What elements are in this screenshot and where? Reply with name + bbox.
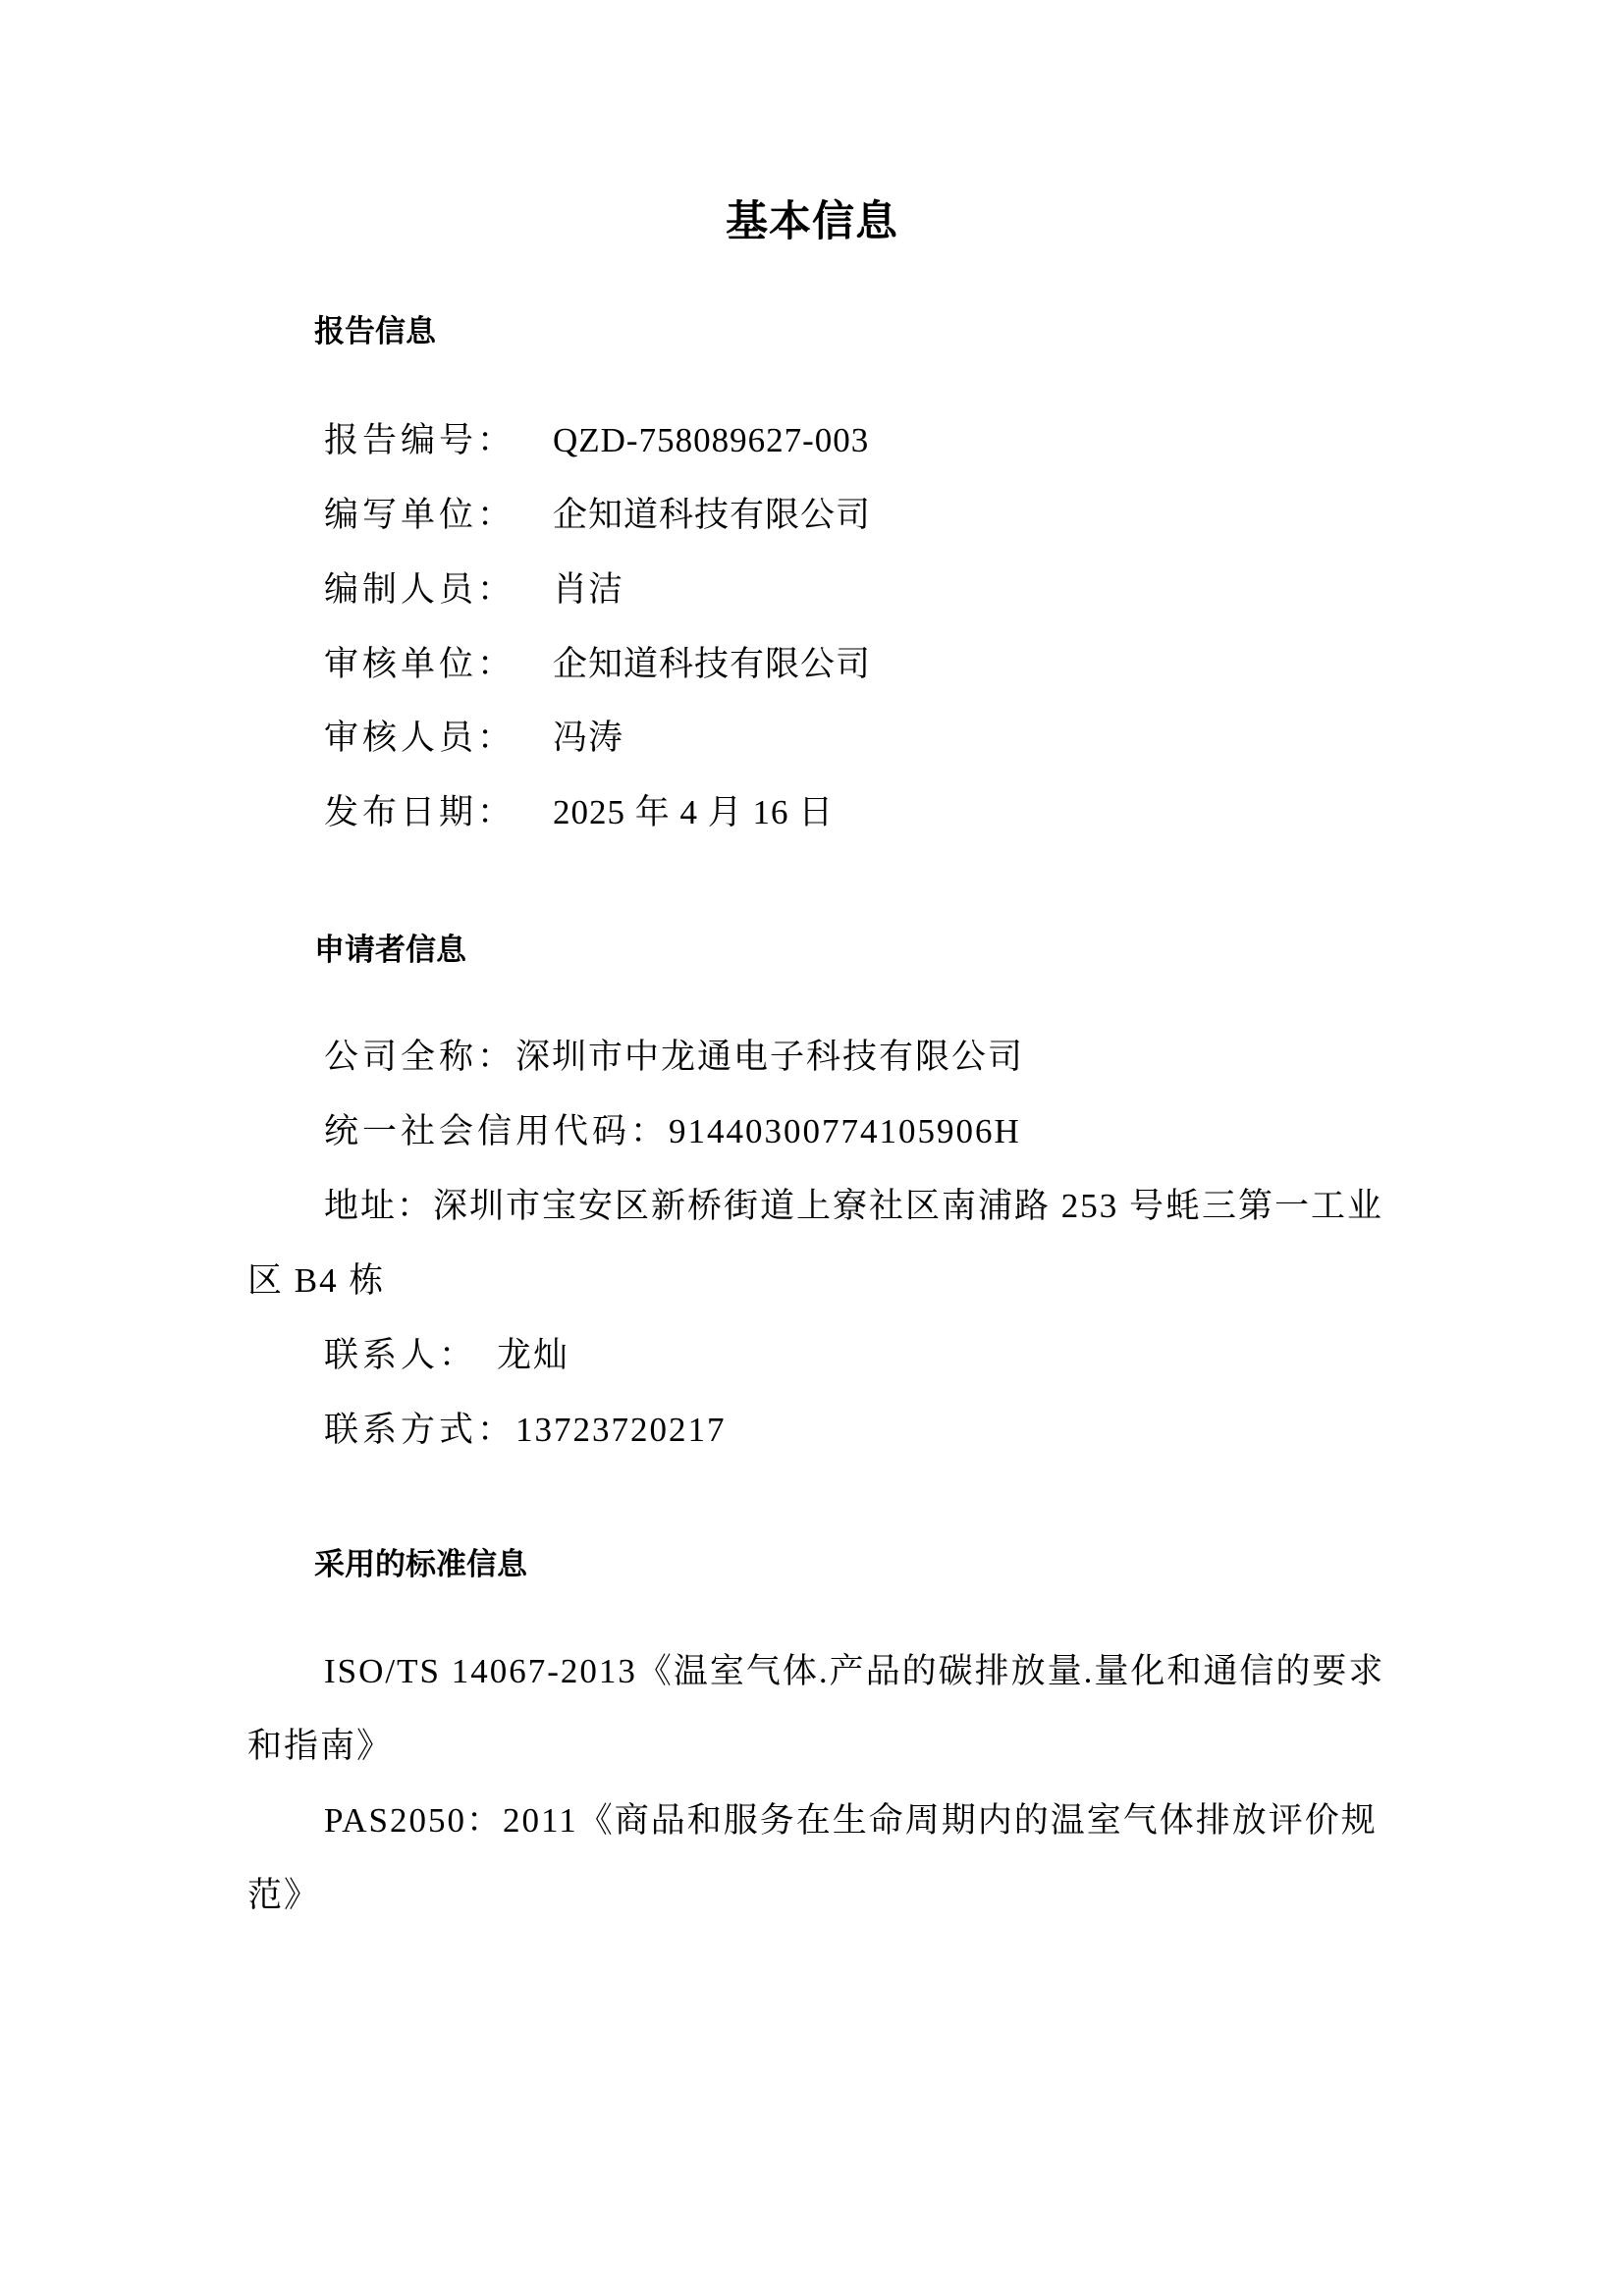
report-number-value: QZD-758089627-003 bbox=[553, 416, 869, 465]
phone-label: 联系方式： bbox=[324, 1411, 515, 1449]
section-heading-applicant-info: 申请者信息 bbox=[314, 931, 466, 970]
author-org-value: 企知道科技有限公司 bbox=[553, 491, 871, 540]
author-org-label: 编写单位： bbox=[324, 491, 553, 540]
credit-code-line: 统一社会信用代码：91440300774105906H bbox=[247, 1095, 1386, 1169]
company-name-value: 深圳市中龙通电子科技有限公司 bbox=[515, 1038, 1024, 1076]
credit-code-label: 统一社会信用代码： bbox=[324, 1112, 669, 1150]
contact-line: 联系人：龙灿 bbox=[247, 1318, 1386, 1393]
compiler-label: 编制人员： bbox=[324, 565, 553, 614]
report-number-row: 报告编号：QZD-758089627-003 bbox=[324, 416, 869, 465]
publish-date-label: 发布日期： bbox=[324, 788, 553, 837]
standard-item: ISO/TS 14067-2013《温室气体.产品的碳排放量.量化和通信的要求和… bbox=[247, 1634, 1386, 1784]
phone-line: 联系方式：13723720217 bbox=[247, 1393, 1386, 1468]
address-label: 地址： bbox=[324, 1187, 433, 1225]
reviewer-org-label: 审核单位： bbox=[324, 640, 553, 689]
phone-value: 13723720217 bbox=[515, 1411, 727, 1449]
section-heading-standards-info: 采用的标准信息 bbox=[314, 1545, 527, 1584]
reviewer-row: 审核人员：冯涛 bbox=[324, 714, 623, 763]
page-title: 基本信息 bbox=[0, 192, 1624, 251]
section-heading-report-info: 报告信息 bbox=[314, 312, 436, 351]
report-number-label: 报告编号： bbox=[324, 416, 553, 465]
reviewer-value: 冯涛 bbox=[553, 714, 623, 763]
compiler-row: 编制人员：肖洁 bbox=[324, 565, 623, 614]
contact-value: 龙灿 bbox=[477, 1336, 569, 1374]
standard-item: PAS2050：2011《商品和服务在生命周期内的温室气体排放评价规范》 bbox=[247, 1784, 1386, 1933]
reviewer-org-value: 企知道科技有限公司 bbox=[553, 640, 871, 689]
address-line: 地址：深圳市宝安区新桥街道上寮社区南浦路 253 号蚝三第一工业区 B4 栋 bbox=[247, 1169, 1386, 1318]
reviewer-org-row: 审核单位：企知道科技有限公司 bbox=[324, 640, 871, 689]
contact-label: 联系人： bbox=[324, 1336, 477, 1374]
publish-date-value: 2025 年 4 月 16 日 bbox=[553, 788, 834, 837]
company-name-label: 公司全称： bbox=[324, 1038, 515, 1076]
credit-code-value: 91440300774105906H bbox=[669, 1112, 1021, 1150]
reviewer-label: 审核人员： bbox=[324, 714, 553, 763]
compiler-value: 肖洁 bbox=[553, 565, 623, 614]
author-org-row: 编写单位：企知道科技有限公司 bbox=[324, 491, 871, 540]
company-name-line: 公司全称：深圳市中龙通电子科技有限公司 bbox=[247, 1020, 1386, 1095]
publish-date-row: 发布日期：2025 年 4 月 16 日 bbox=[324, 788, 834, 837]
